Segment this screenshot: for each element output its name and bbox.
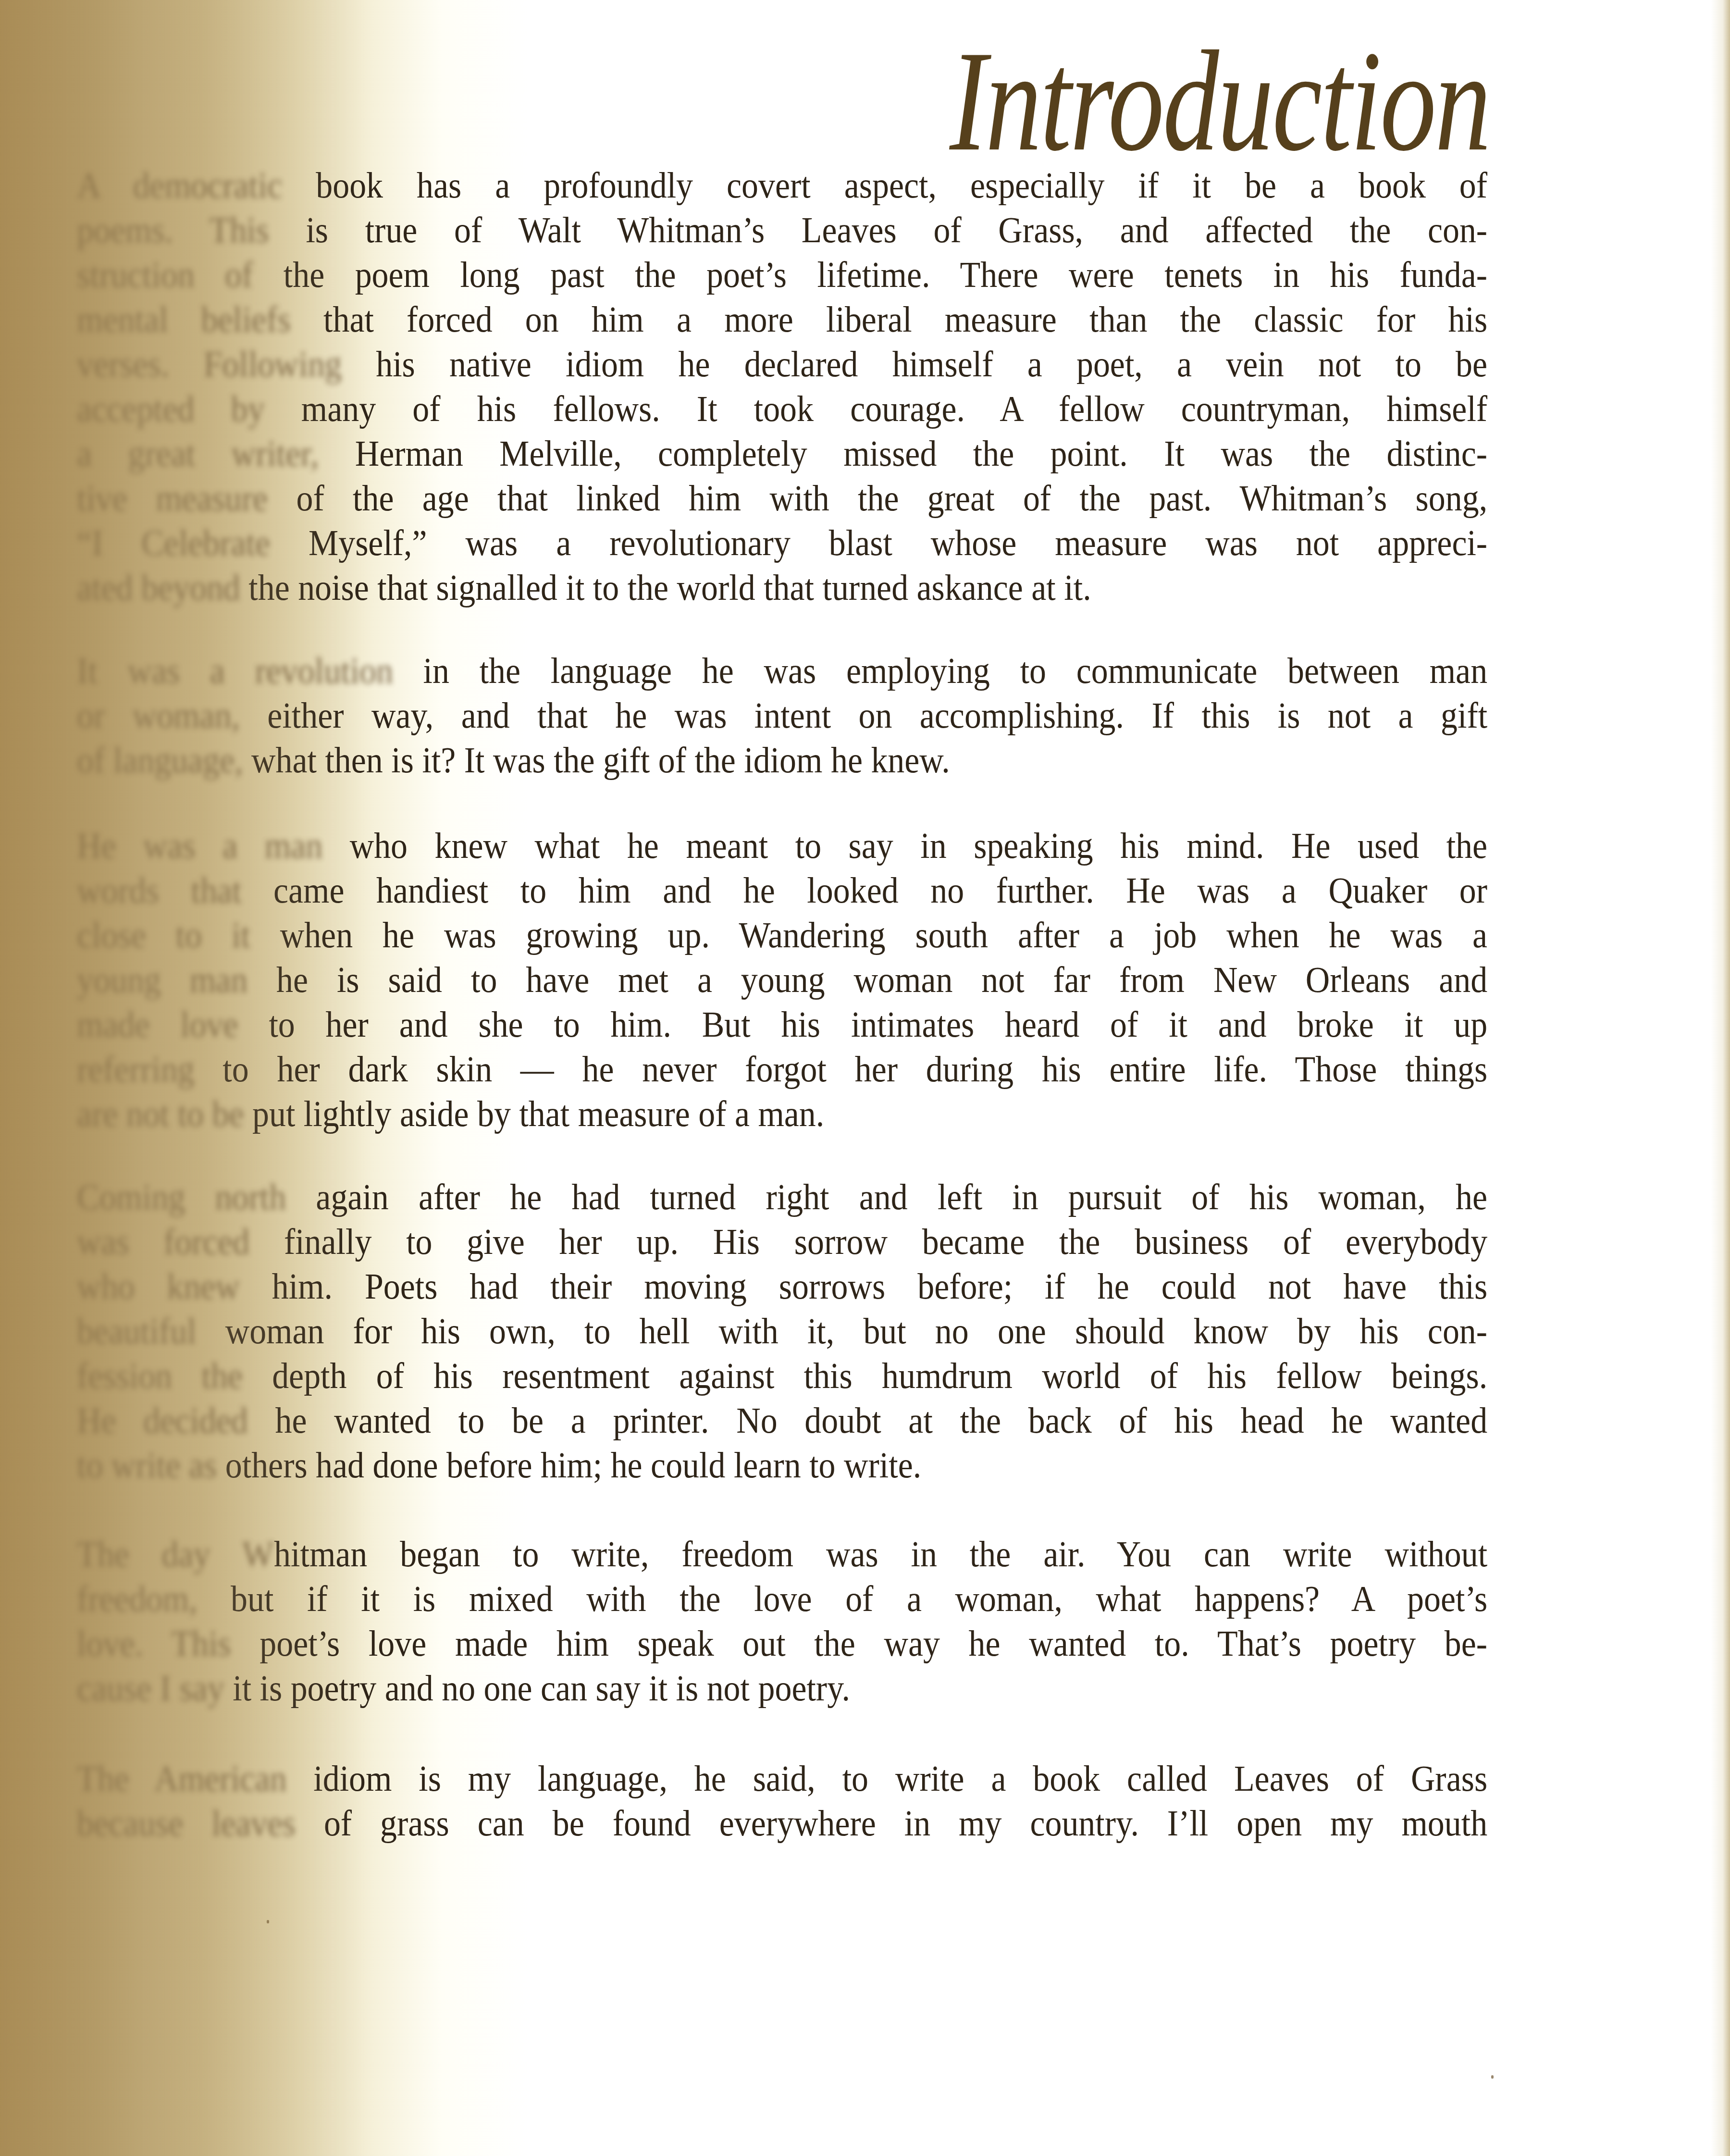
text-line: a great writer, Herman Melville, complet…: [77, 432, 1487, 476]
book-page: Introduction A democratic book has a pro…: [0, 0, 1730, 2156]
paragraph-spacer: [77, 783, 1487, 824]
text-line: poems. This is true of Walt Whitman’s Le…: [77, 208, 1487, 253]
paper-speck: [267, 1920, 269, 1923]
text-line: made love to her and she to him. But his…: [77, 1003, 1487, 1047]
text-line: close to it when he was growing up. Wand…: [77, 913, 1487, 958]
text-line: verses. Following his native idiom he de…: [77, 342, 1487, 387]
text-line: struction of the poem long past the poet…: [77, 253, 1487, 297]
text-line: cause I say it is poetry and no one can …: [77, 1666, 1487, 1711]
paragraph-spacer: [77, 610, 1487, 649]
text-line: of language, what then is it? It was the…: [77, 738, 1487, 783]
text-line: fession the depth of his resentment agai…: [77, 1354, 1487, 1399]
text-line: young man he is said to have met a young…: [77, 958, 1487, 1003]
text-line: beautiful woman for his own, to hell wit…: [77, 1309, 1487, 1354]
text-line: who knew him. Poets had their moving sor…: [77, 1264, 1487, 1309]
paper-speck: [1491, 2075, 1494, 2079]
text-line: love. This poet’s love made him speak ou…: [77, 1622, 1487, 1666]
body-text: A democratic book has a profoundly cover…: [77, 163, 1487, 1846]
text-line: mental beliefs that forced on him a more…: [77, 297, 1487, 342]
text-line: or woman, either way, and that he was in…: [77, 694, 1487, 738]
text-line: words that came handiest to him and he l…: [77, 868, 1487, 913]
chapter-title: Introduction: [950, 29, 1490, 173]
text-line: He decided he wanted to be a printer. No…: [77, 1399, 1487, 1443]
text-line: because leaves of grass can be found eve…: [77, 1801, 1487, 1846]
text-line: freedom, but if it is mixed with the lov…: [77, 1577, 1487, 1622]
text-line: accepted by many of his fellows. It took…: [77, 387, 1487, 432]
paragraph-3: He was a man who knew what he meant to s…: [77, 824, 1487, 1137]
text-line: “I Celebrate Myself,” was a revolutionar…: [77, 521, 1487, 566]
paragraph-1: A democratic book has a profoundly cover…: [77, 163, 1487, 610]
text-line: It was a revolution in the language he w…: [77, 649, 1487, 694]
text-line: The American idiom is my language, he sa…: [77, 1757, 1487, 1801]
text-line: are not to be put lightly aside by that …: [77, 1092, 1487, 1137]
paragraph-spacer: [77, 1711, 1487, 1757]
text-line: ated beyond the noise that signalled it …: [77, 566, 1487, 610]
text-line: He was a man who knew what he meant to s…: [77, 824, 1487, 868]
paragraph-4: Coming north again after he had turned r…: [77, 1175, 1487, 1488]
text-line: tive measure of the age that linked him …: [77, 476, 1487, 521]
text-line: The day Whitman began to write, freedom …: [77, 1532, 1487, 1577]
text-line: to write as others had done before him; …: [77, 1443, 1487, 1488]
text-line: A democratic book has a profoundly cover…: [77, 163, 1487, 208]
paragraph-spacer: [77, 1488, 1487, 1532]
paragraph-spacer: [77, 1137, 1487, 1175]
paragraph-5: The day Whitman began to write, freedom …: [77, 1532, 1487, 1711]
text-line: Coming north again after he had turned r…: [77, 1175, 1487, 1220]
paragraph-2: It was a revolution in the language he w…: [77, 649, 1487, 783]
text-line: was forced finally to give her up. His s…: [77, 1220, 1487, 1264]
paragraph-6: The American idiom is my language, he sa…: [77, 1757, 1487, 1846]
text-line: referring to her dark skin — he never fo…: [77, 1047, 1487, 1092]
